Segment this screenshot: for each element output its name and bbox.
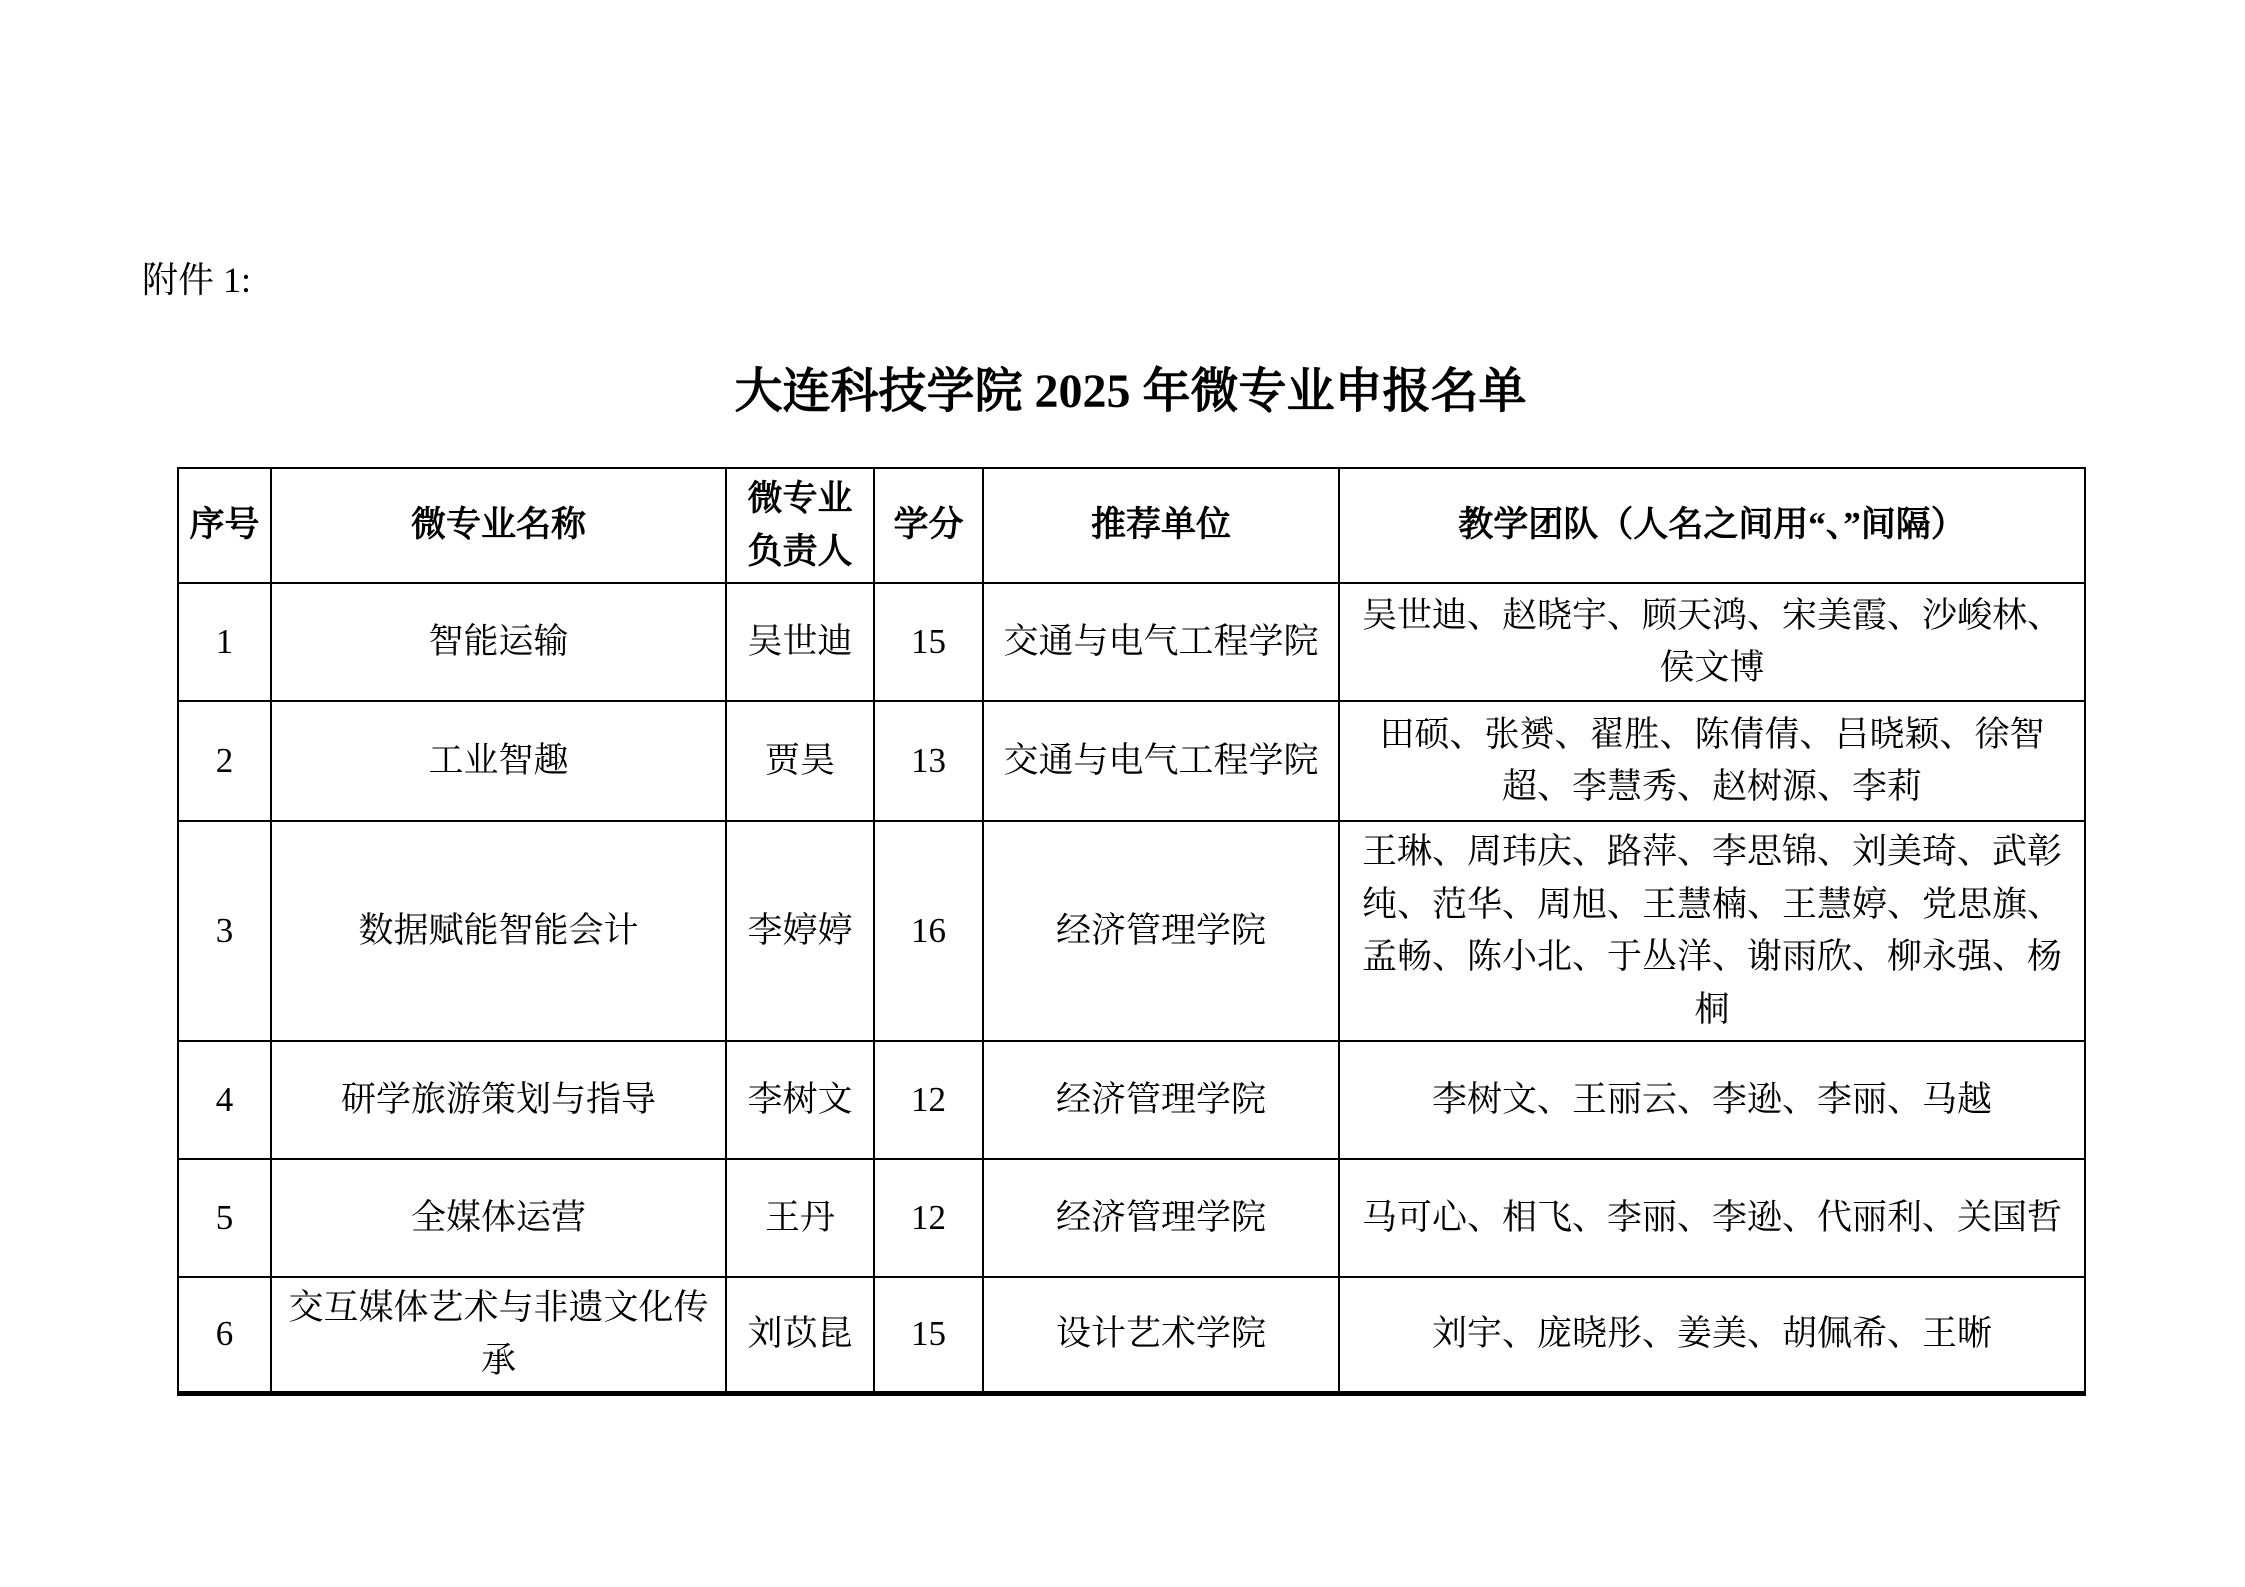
cell-name: 工业智趣: [271, 701, 726, 821]
cell-name: 数据赋能智能会计: [271, 821, 726, 1041]
cell-no: 4: [178, 1041, 271, 1159]
cell-credits: 15: [874, 583, 983, 701]
table-row: 4 研学旅游策划与指导 李树文 12 经济管理学院 李树文、王丽云、李逊、李丽、…: [178, 1041, 2085, 1159]
cell-unit: 经济管理学院: [983, 1041, 1339, 1159]
cell-team: 田硕、张赟、翟胜、陈倩倩、吕晓颖、徐智超、李慧秀、赵树源、李莉: [1339, 701, 2085, 821]
table-row: 2 工业智趣 贾昊 13 交通与电气工程学院 田硕、张赟、翟胜、陈倩倩、吕晓颖、…: [178, 701, 2085, 821]
page-title: 大连科技学院 2025 年微专业申报名单: [177, 352, 2084, 421]
cell-leader: 王丹: [726, 1159, 874, 1277]
cell-no: 1: [178, 583, 271, 701]
cell-name: 交互媒体艺术与非遗文化传承: [271, 1277, 726, 1394]
cell-unit: 经济管理学院: [983, 1159, 1339, 1277]
cell-no: 6: [178, 1277, 271, 1394]
cell-credits: 12: [874, 1159, 983, 1277]
document-page: 附件 1: 大连科技学院 2025 年微专业申报名单 序号 微专业名称 微专业负…: [0, 0, 2245, 1587]
header-no: 序号: [178, 468, 271, 583]
cell-name: 智能运输: [271, 583, 726, 701]
cell-leader: 吴世迪: [726, 583, 874, 701]
header-name: 微专业名称: [271, 468, 726, 583]
cell-credits: 15: [874, 1277, 983, 1394]
cell-team: 王琳、周玮庆、路萍、李思锦、刘美琦、武彰纯、范华、周旭、王慧楠、王慧婷、党思旗、…: [1339, 821, 2085, 1041]
cell-unit: 交通与电气工程学院: [983, 701, 1339, 821]
table-row: 6 交互媒体艺术与非遗文化传承 刘苡昆 15 设计艺术学院 刘宇、庞晓彤、姜美、…: [178, 1277, 2085, 1394]
cell-no: 2: [178, 701, 271, 821]
cell-team: 吴世迪、赵晓宇、顾天鸿、宋美霞、沙峻林、侯文博: [1339, 583, 2085, 701]
cell-no: 5: [178, 1159, 271, 1277]
cell-team: 李树文、王丽云、李逊、李丽、马越: [1339, 1041, 2085, 1159]
table-header-row: 序号 微专业名称 微专业负责人 学分 推荐单位 教学团队（人名之间用“、”间隔）: [178, 468, 2085, 583]
header-leader: 微专业负责人: [726, 468, 874, 583]
micro-major-table: 序号 微专业名称 微专业负责人 学分 推荐单位 教学团队（人名之间用“、”间隔）…: [177, 467, 2086, 1396]
header-credits: 学分: [874, 468, 983, 583]
cell-unit: 交通与电气工程学院: [983, 583, 1339, 701]
header-team: 教学团队（人名之间用“、”间隔）: [1339, 468, 2085, 583]
cell-credits: 12: [874, 1041, 983, 1159]
attachment-label: 附件 1:: [142, 252, 251, 303]
cell-leader: 李婷婷: [726, 821, 874, 1041]
table-row: 1 智能运输 吴世迪 15 交通与电气工程学院 吴世迪、赵晓宇、顾天鸿、宋美霞、…: [178, 583, 2085, 701]
cell-unit: 经济管理学院: [983, 821, 1339, 1041]
cell-leader: 李树文: [726, 1041, 874, 1159]
cell-name: 全媒体运营: [271, 1159, 726, 1277]
cell-name: 研学旅游策划与指导: [271, 1041, 726, 1159]
cell-team: 刘宇、庞晓彤、姜美、胡佩希、王晰: [1339, 1277, 2085, 1394]
header-unit: 推荐单位: [983, 468, 1339, 583]
cell-unit: 设计艺术学院: [983, 1277, 1339, 1394]
cell-leader: 贾昊: [726, 701, 874, 821]
table-row: 5 全媒体运营 王丹 12 经济管理学院 马可心、相飞、李丽、李逊、代丽利、关国…: [178, 1159, 2085, 1277]
cell-credits: 16: [874, 821, 983, 1041]
cell-credits: 13: [874, 701, 983, 821]
cell-no: 3: [178, 821, 271, 1041]
table-row: 3 数据赋能智能会计 李婷婷 16 经济管理学院 王琳、周玮庆、路萍、李思锦、刘…: [178, 821, 2085, 1041]
cell-leader: 刘苡昆: [726, 1277, 874, 1394]
cell-team: 马可心、相飞、李丽、李逊、代丽利、关国哲: [1339, 1159, 2085, 1277]
